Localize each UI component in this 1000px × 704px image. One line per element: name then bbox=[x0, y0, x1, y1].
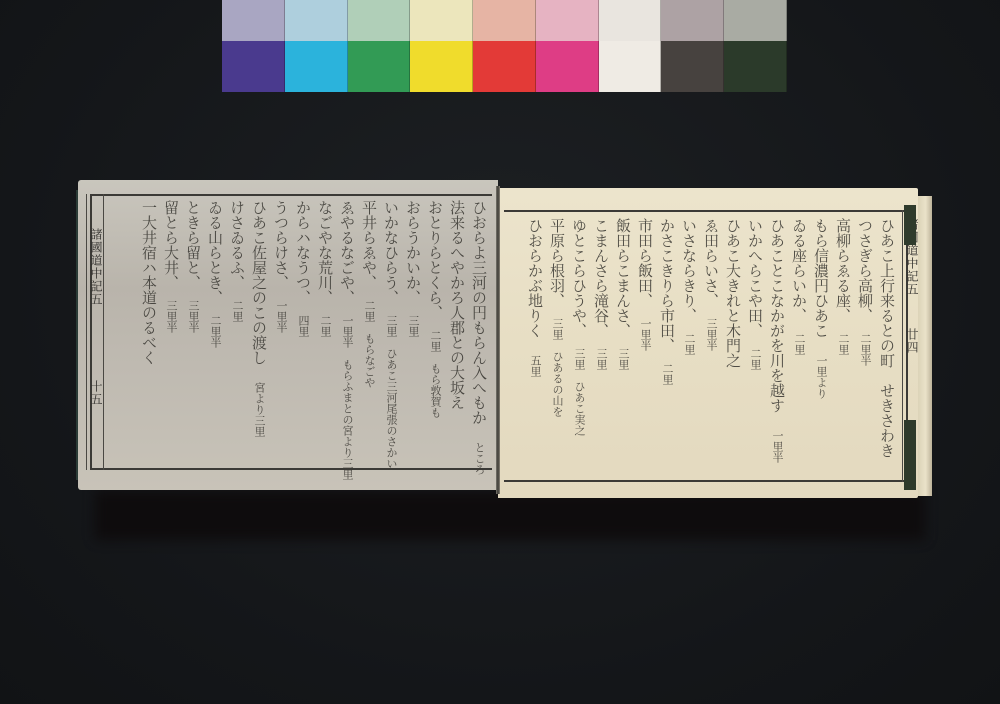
column-main-text: いかなひらう、 bbox=[382, 200, 400, 298]
column-distance-note: 二里 bbox=[793, 322, 806, 355]
color-swatch bbox=[285, 0, 348, 41]
text-column: いかなひらう、 三里 ひあこ三河尾張のさかい bbox=[380, 200, 402, 470]
right-page-edges bbox=[916, 196, 932, 496]
column-main-text: 法来るへやかろ人郡との大坂え bbox=[448, 200, 466, 410]
column-distance-note: 二里 bbox=[661, 352, 674, 385]
column-main-text: ゐる座らいか、 bbox=[790, 218, 808, 316]
column-main-text: ゑやるなごや、 bbox=[338, 200, 356, 298]
column-main-text: ひあこ大きれと木門之 bbox=[724, 218, 742, 368]
column-distance-note: 二里 bbox=[683, 322, 696, 355]
column-distance-note: 三里半 bbox=[187, 289, 200, 333]
column-distance-note: 二里 bbox=[749, 337, 762, 370]
column-distance-note: 三里半 bbox=[165, 289, 178, 333]
text-column: ひあこ上行来るとの町 せきさわき bbox=[876, 218, 898, 478]
column-main-text: ゑ田らいさ、 bbox=[702, 218, 720, 301]
color-swatch bbox=[348, 0, 411, 41]
column-main-text: 市田ら飯田、 bbox=[636, 218, 654, 301]
text-column: ひあこ佐屋之のこの渡し 宮より三里 bbox=[248, 200, 270, 470]
column-distance-note: 一里半 bbox=[771, 419, 784, 463]
color-swatch bbox=[536, 41, 599, 92]
column-distance-note: 一里半 bbox=[275, 289, 288, 333]
column-main-text: こまんさら滝谷、 bbox=[592, 218, 610, 331]
column-distance-note: 一里半 もらふまとの宮より三里 bbox=[341, 304, 354, 480]
column-distance-note: 二里 bbox=[231, 289, 244, 322]
column-main-text: おとりらとくら、 bbox=[426, 200, 444, 313]
page-number: 十五 bbox=[88, 380, 105, 406]
column-main-text: 高柳らゑる座、 bbox=[834, 218, 852, 316]
column-main-text: ひあことこなかがを川を越す bbox=[768, 218, 786, 413]
text-column: ひあことこなかがを川を越す 一里半 bbox=[766, 218, 788, 478]
column-main-text: もら信濃円ひあこ bbox=[812, 218, 830, 338]
right-edge-dark-strip bbox=[904, 205, 916, 245]
color-swatch bbox=[473, 41, 536, 92]
column-distance-note: 三里 bbox=[407, 304, 420, 337]
text-column: いさならきり、 二里 bbox=[678, 218, 700, 478]
text-column: 平井らゑや、 二里 もらなごや bbox=[358, 200, 380, 470]
column-main-text: ひあこ佐屋之のこの渡し bbox=[250, 200, 268, 365]
column-main-text: いかへらこや田、 bbox=[746, 218, 764, 331]
text-column: ひあこ大きれと木門之 bbox=[722, 218, 744, 478]
text-column: けさゐるふ、 二里 bbox=[226, 200, 248, 470]
right-edge-dark-strip bbox=[904, 420, 916, 490]
column-main-text: 留とら大井、 bbox=[162, 200, 180, 283]
column-main-text: ひおらよ三河の円もらん入へもか bbox=[470, 200, 488, 425]
color-swatch bbox=[348, 41, 411, 92]
color-swatch bbox=[724, 41, 787, 92]
color-swatch bbox=[285, 41, 348, 92]
column-main-text: いさならきり、 bbox=[680, 218, 698, 316]
column-distance-note: 三里半 bbox=[705, 307, 718, 351]
column-main-text: からハなうつ、 bbox=[294, 200, 312, 298]
column-distance-note: 二里 bbox=[837, 322, 850, 355]
text-column: つさぎら高柳、 二里半 bbox=[854, 218, 876, 478]
color-calibration-strip bbox=[222, 0, 787, 92]
column-main-text: ゐる山らとき、 bbox=[206, 200, 224, 298]
text-column: かさこきりら市田、 二里 bbox=[656, 218, 678, 478]
column-main-text: 一大井宿ハ本道のるべく bbox=[140, 200, 158, 365]
column-main-text: ひあこ上行来るとの町 せきさわき bbox=[878, 218, 896, 458]
column-distance-note: 二里 もら敦賀も bbox=[429, 319, 442, 418]
text-column: ゑやるなごや、 一里半 もらふまとの宮より三里 bbox=[336, 200, 358, 470]
text-column: ゐる山らとき、 二里半 bbox=[204, 200, 226, 470]
column-distance-note: 二里 bbox=[319, 304, 332, 337]
book-gutter bbox=[496, 186, 500, 494]
column-main-text: けさゐるふ、 bbox=[228, 200, 246, 283]
column-distance-note: 二里 もらなごや bbox=[363, 289, 376, 388]
text-column: ゑ田らいさ、 三里半 bbox=[700, 218, 722, 478]
text-column: ときら留と、 三里半 bbox=[182, 200, 204, 470]
color-swatch bbox=[222, 0, 285, 41]
text-column: 市田ら飯田、 一里半 bbox=[634, 218, 656, 478]
column-distance-note: 四里 bbox=[297, 304, 310, 337]
column-distance-note: 五里 bbox=[529, 344, 542, 377]
column-main-text: なごやな荒川、 bbox=[316, 200, 334, 298]
text-column: 一大井宿ハ本道のるべく bbox=[138, 200, 160, 470]
text-column: いかへらこや田、 二里 bbox=[744, 218, 766, 478]
text-column: ゐる座らいか、 二里 bbox=[788, 218, 810, 478]
text-columns: ひあこ上行来るとの町 せきさわきつさぎら高柳、 二里半高柳らゑる座、 二里もら信… bbox=[524, 218, 898, 478]
text-column: ひおらかぶ地りく 五里 bbox=[524, 218, 546, 478]
text-column: うつらけさ、 一里半 bbox=[270, 200, 292, 470]
text-column: 法来るへやかろ人郡との大坂え bbox=[446, 200, 468, 470]
text-column: おらうかいか、 三里 bbox=[402, 200, 424, 470]
text-column: からハなうつ、 四里 bbox=[292, 200, 314, 470]
color-swatch bbox=[661, 41, 724, 92]
column-distance-note: 三里 ひあこ実之 bbox=[573, 337, 586, 436]
column-main-text: ゆとこらひうや、 bbox=[570, 218, 588, 331]
column-distance-note: 宮より三里 bbox=[253, 371, 266, 437]
color-swatch bbox=[222, 41, 285, 92]
color-swatch bbox=[599, 0, 662, 41]
text-column: ゆとこらひうや、 三里 ひあこ実之 bbox=[568, 218, 590, 478]
column-distance-note: ところ bbox=[473, 431, 486, 475]
column-distance-note: 三里 ひあこ三河尾張のさかい bbox=[385, 304, 398, 469]
color-swatch bbox=[599, 41, 662, 92]
color-swatch bbox=[410, 0, 473, 41]
text-column: なごやな荒川、 二里 bbox=[314, 200, 336, 470]
column-main-text: かさこきりら市田、 bbox=[658, 218, 676, 346]
text-column: こまんさら滝谷、 三里 bbox=[590, 218, 612, 478]
color-swatch bbox=[410, 41, 473, 92]
column-distance-note: 二里半 bbox=[859, 322, 872, 366]
text-column: ひおらよ三河の円もらん入へもか ところ bbox=[468, 200, 490, 470]
text-column: もら信濃円ひあこ 一里より bbox=[810, 218, 832, 478]
column-main-text: つさぎら高柳、 bbox=[856, 218, 874, 316]
color-swatch bbox=[724, 0, 787, 41]
column-main-text: 平原ら根羽、 bbox=[548, 218, 566, 301]
color-swatch bbox=[473, 0, 536, 41]
text-column: 飯田らこまんさ、 三里 bbox=[612, 218, 634, 478]
column-distance-note: 二里半 bbox=[209, 304, 222, 348]
column-main-text: ときら留と、 bbox=[184, 200, 202, 283]
text-columns: ひおらよ三河の円もらん入へもか ところ法来るへやかろ人郡との大坂えおとりらとくら… bbox=[138, 200, 490, 470]
text-column: 平原ら根羽、 三里 ひあるの山を bbox=[546, 218, 568, 478]
page-number: 廿四 bbox=[904, 328, 918, 354]
column-main-text: 平井らゑや、 bbox=[360, 200, 378, 283]
column-main-text: うつらけさ、 bbox=[272, 200, 290, 283]
column-main-text: ひおらかぶ地りく bbox=[526, 218, 544, 338]
column-distance-note: 三里 bbox=[595, 337, 608, 370]
color-swatch bbox=[661, 0, 724, 41]
column-distance-note: 三里 bbox=[617, 337, 630, 370]
text-column: おとりらとくら、 二里 もら敦賀も bbox=[424, 200, 446, 470]
text-column: 高柳らゑる座、 二里 bbox=[832, 218, 854, 478]
right-page: 諸國道中記五 廿四 ひあこ上行来るとの町 せきさわきつさぎら高柳、 二里半高柳ら… bbox=[498, 188, 918, 498]
column-distance-note: 三里 ひあるの山を bbox=[551, 307, 564, 417]
left-page: 諸國道中記五 十五 ひおらよ三河の円もらん入へもか ところ法来るへやかろ人郡との… bbox=[78, 180, 498, 490]
column-main-text: 飯田らこまんさ、 bbox=[614, 218, 632, 331]
column-main-text: おらうかいか、 bbox=[404, 200, 422, 298]
column-distance-note: 一里半 bbox=[639, 307, 652, 351]
text-column: 留とら大井、 三里半 bbox=[160, 200, 182, 470]
column-distance-note: 一里より bbox=[815, 344, 828, 399]
color-swatch bbox=[536, 0, 599, 41]
